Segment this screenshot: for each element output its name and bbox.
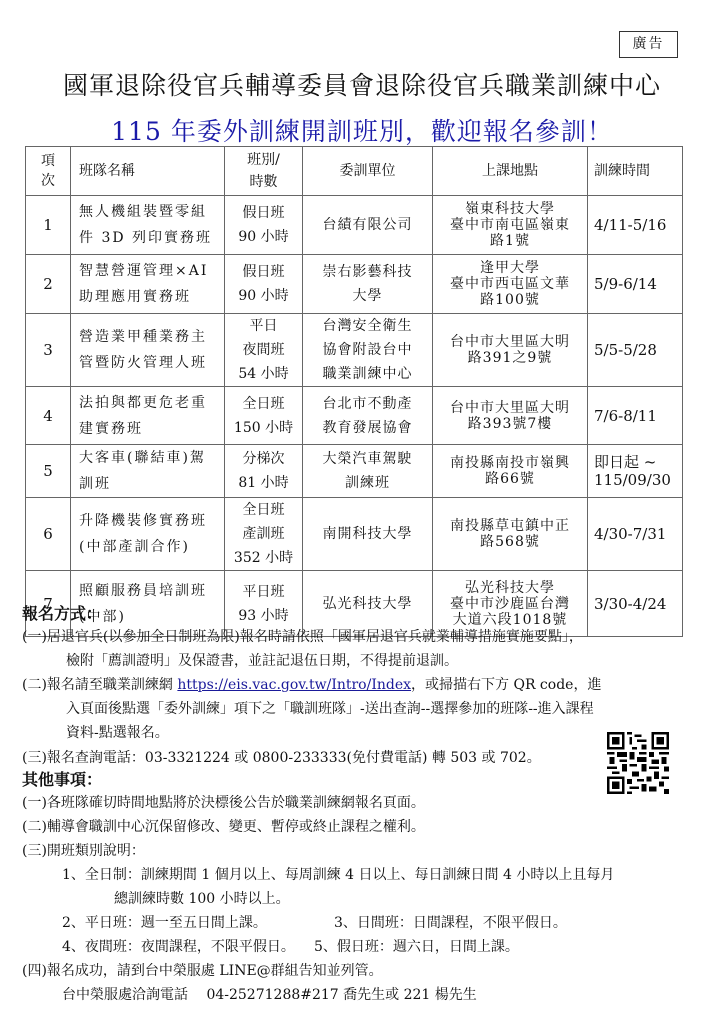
cell-location: 逢甲大學臺中市西屯區文華路100號	[433, 255, 588, 314]
registration-item-1-cont: 檢附「薦訓證明」及保證書，並註記退伍日期，不得提前退訓。	[22, 651, 614, 671]
cell-training-unit: 台績有限公司	[303, 196, 433, 255]
cell-period: 4/11-5/16	[588, 196, 683, 255]
table-row: 2智慧營運管理×AI助理應用實務班假日班90 小時崇右影藝科技大學逢甲大學臺中市…	[26, 255, 683, 314]
registration-item-1: (一)居退官兵(以參加全日制班為限)報名時請依照「國軍居退官兵就業輔導措施實施要…	[22, 627, 614, 647]
cell-period: 4/30-7/31	[588, 498, 683, 571]
table-row: 1無人機組裝暨零組件 3D 列印實務班假日班90 小時台績有限公司嶺東科技大學臺…	[26, 196, 683, 255]
cell-class-type: 假日班90 小時	[225, 196, 303, 255]
cell-class-type: 全日班產訓班352 小時	[225, 498, 303, 571]
cell-course-name: 大客車(聯結車)駕訓班	[71, 445, 225, 498]
contact-phone: 台中榮服處洽詢電話 04-25271288#217 喬先生或 221 楊先生	[22, 985, 614, 1005]
other-item-2: (二)輔導會職訓中心沉保留修改、變更、暫停或終止課程之權利。	[22, 817, 614, 837]
other-item-4: (四)報名成功，請到台中榮服處 LINE@群組告知並列管。	[22, 961, 614, 981]
registration-item-2-cont: 入頁面後點選「委外訓練」項下之「職訓班隊」-送出查詢--選擇參加的班隊--進入課…	[22, 699, 614, 719]
cell-course-name: 無人機組裝暨零組件 3D 列印實務班	[71, 196, 225, 255]
cell-no: 6	[26, 498, 71, 571]
cell-class-type: 分梯次81 小時	[225, 445, 303, 498]
table-row: 6升降機裝修實務班(中部產訓合作)全日班產訓班352 小時南開科技大學南投縣草屯…	[26, 498, 683, 571]
cell-class-type: 假日班90 小時	[225, 255, 303, 314]
table-row: 5大客車(聯結車)駕訓班分梯次81 小時大榮汽車駕駛訓練班南投縣南投市嶺興路66…	[26, 445, 683, 498]
registration-link[interactable]: https://eis.vac.gov.tw/Intro/Index	[177, 677, 411, 693]
cell-period: 即日起 ~115/09/30	[588, 445, 683, 498]
type-4-5: 4、夜間班：夜間課程，不限平假日。5、假日班：週六日，日間上課。	[22, 937, 614, 957]
cell-course-name: 法拍與都更危老重建實務班	[71, 387, 225, 445]
cell-location: 台中市大里區大明路391之9號	[433, 314, 588, 387]
page-subtitle: 115 年委外訓練開訓班別，歡迎報名參訓！	[0, 112, 724, 148]
cell-training-unit: 台北市不動產教育發展協會	[303, 387, 433, 445]
table-row: 4法拍與都更危老重建實務班全日班150 小時台北市不動產教育發展協會台中市大里區…	[26, 387, 683, 445]
page-title: 國軍退除役官兵輔導委員會退除役官兵職業訓練中心	[0, 66, 724, 102]
cell-no: 5	[26, 445, 71, 498]
course-table: 項次 班隊名稱 班別/時數 委訓單位 上課地點 訓練時間 1無人機組裝暨零組件 …	[25, 146, 683, 637]
cell-no: 4	[26, 387, 71, 445]
registration-heading: 報名方式：	[22, 604, 614, 624]
cell-period: 5/9-6/14	[588, 255, 683, 314]
cell-period: 7/6-8/11	[588, 387, 683, 445]
table-header-row: 項次 班隊名稱 班別/時數 委訓單位 上課地點 訓練時間	[26, 147, 683, 196]
other-item-3: (三)開班類別說明：	[22, 841, 614, 861]
cell-no: 1	[26, 196, 71, 255]
registration-section: 報名方式： (一)居退官兵(以參加全日制班為限)報名時請依照「國軍居退官兵就業輔…	[22, 604, 614, 1005]
cell-training-unit: 南開科技大學	[303, 498, 433, 571]
cell-course-name: 智慧營運管理×AI助理應用實務班	[71, 255, 225, 314]
cell-training-unit: 崇右影藝科技大學	[303, 255, 433, 314]
cell-no: 2	[26, 255, 71, 314]
cell-location: 台中市大里區大明路393號7樓	[433, 387, 588, 445]
type-1: 1、全日制：訓練期間 1 個月以上、每周訓練 4 日以上、每日訓練日間 4 小時…	[22, 865, 614, 885]
cell-training-unit: 大榮汽車駕駛訓練班	[303, 445, 433, 498]
cell-course-name: 升降機裝修實務班(中部產訓合作)	[71, 498, 225, 571]
other-item-1: (一)各班隊確切時間地點將於決標後公告於職業訓練網報名頁面。	[22, 793, 614, 813]
header-unit: 委訓單位	[303, 147, 433, 196]
cell-class-type: 全日班150 小時	[225, 387, 303, 445]
header-type: 班別/時數	[225, 147, 303, 196]
cell-course-name: 營造業甲種業務主管暨防火管理人班	[71, 314, 225, 387]
header-name: 班隊名稱	[71, 147, 225, 196]
cell-location: 嶺東科技大學臺中市南屯區嶺東路1號	[433, 196, 588, 255]
cell-training-unit: 台灣安全衛生協會附設台中職業訓練中心	[303, 314, 433, 387]
cell-class-type: 平日夜間班54 小時	[225, 314, 303, 387]
registration-item-2: (二)報名請至職業訓練網 https://eis.vac.gov.tw/Intr…	[22, 675, 614, 695]
registration-item-3: (三)報名查詢電話：03-3321224 或 0800-233333(免付費電話…	[22, 748, 614, 768]
registration-item-2-cont2: 資料-點選報名。	[22, 723, 614, 743]
table-row: 3營造業甲種業務主管暨防火管理人班平日夜間班54 小時台灣安全衛生協會附設台中職…	[26, 314, 683, 387]
ad-label: 廣告	[619, 31, 678, 58]
other-heading: 其他事項：	[22, 770, 614, 790]
type-1-cont: 總訓練時數 100 小時以上。	[22, 889, 614, 909]
cell-period: 5/5-5/28	[588, 314, 683, 387]
cell-location: 南投縣南投市嶺興路66號	[433, 445, 588, 498]
type-2-3: 2、平日班：週一至五日間上課。3、日間班：日間課程，不限平假日。	[22, 913, 614, 933]
header-period: 訓練時間	[588, 147, 683, 196]
cell-no: 3	[26, 314, 71, 387]
qr-code[interactable]	[607, 732, 669, 794]
header-location: 上課地點	[433, 147, 588, 196]
header-no: 項次	[26, 147, 71, 196]
cell-location: 南投縣草屯鎮中正路568號	[433, 498, 588, 571]
